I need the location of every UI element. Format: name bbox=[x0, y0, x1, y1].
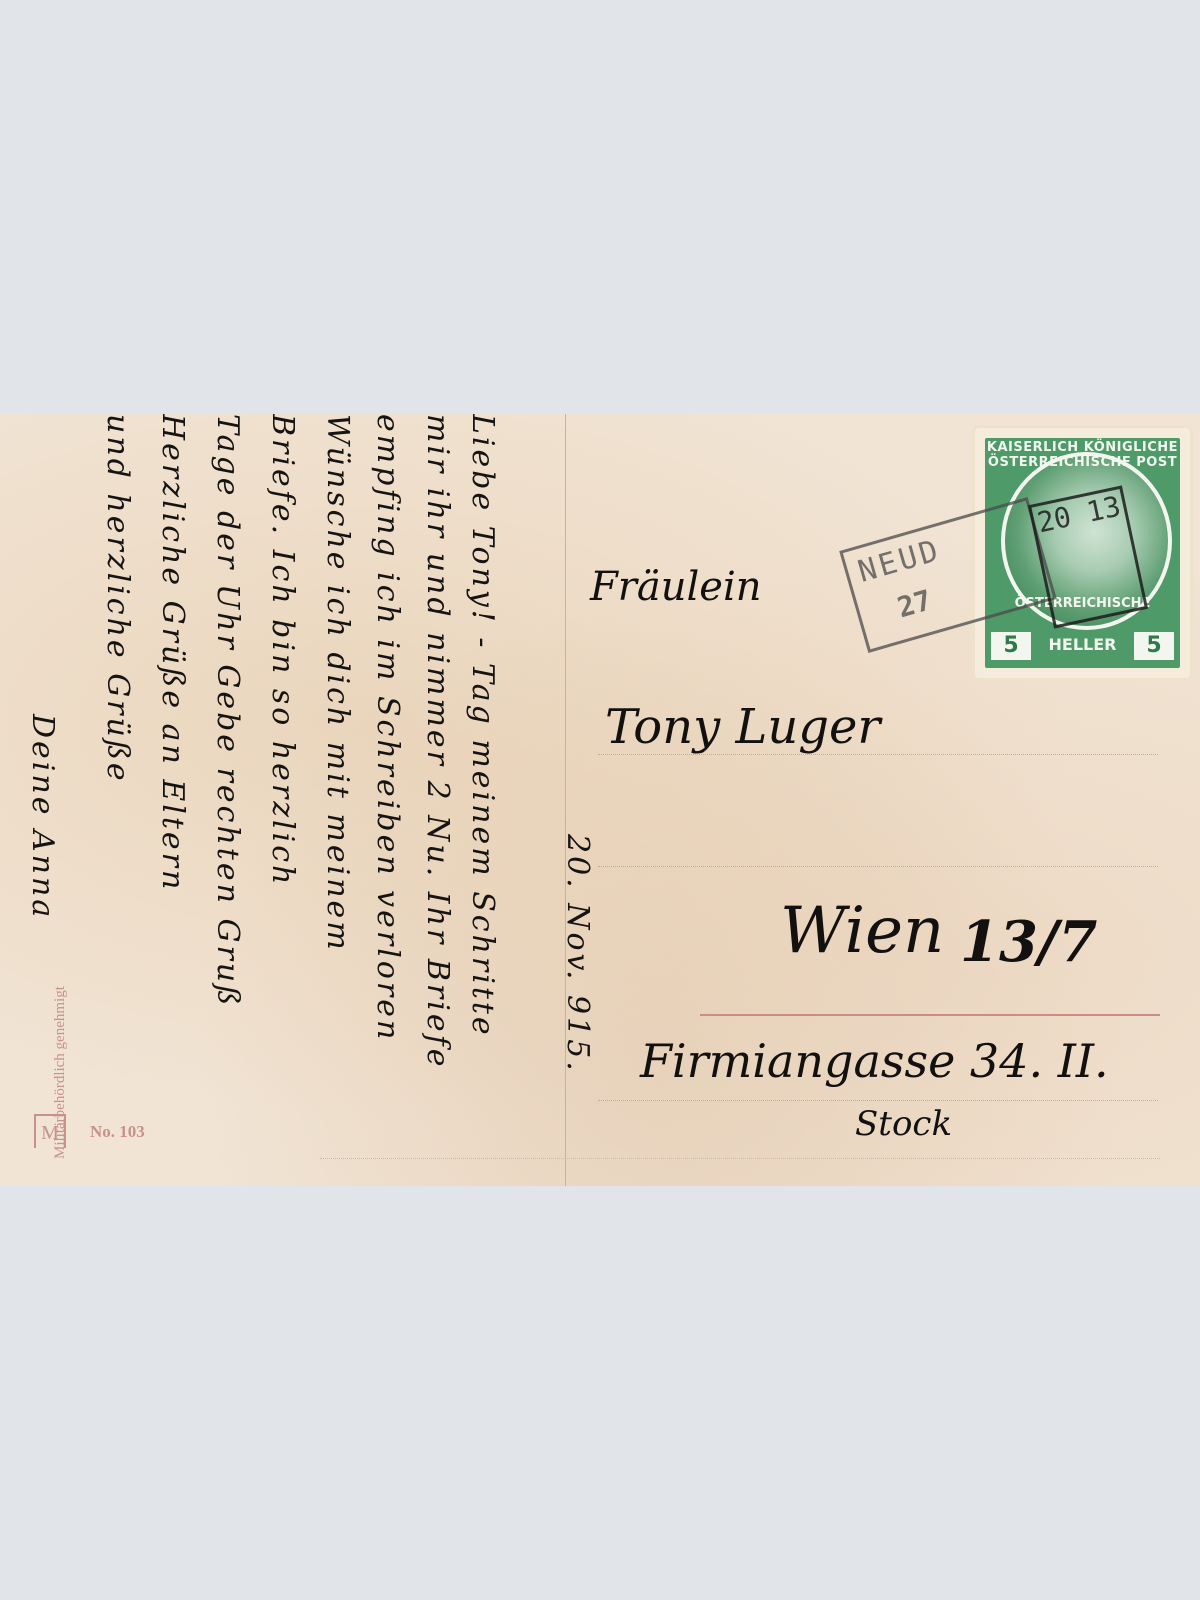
address-city: Wien bbox=[780, 894, 944, 968]
stamp-inscription: KAISERLICH KÖNIGLICHE ÖSTERREICHISCHE PO… bbox=[985, 440, 1180, 470]
message-signature: Deine Anna bbox=[20, 714, 60, 1186]
postcard: Militärbehördlich genehmigt M No. 103 Li… bbox=[0, 414, 1200, 1186]
message-line: Tage der Uhr Gebe rechten Gruß bbox=[205, 414, 245, 1174]
address-line bbox=[598, 866, 1158, 867]
postmark-town: NEUD bbox=[854, 533, 945, 590]
address-underline bbox=[700, 1014, 1160, 1016]
message-line: Briefe. Ich bin so herzlich bbox=[260, 414, 300, 1174]
stamp-value-right: 5 bbox=[1134, 632, 1174, 660]
message-line: empfing ich im Schreiben verloren bbox=[365, 414, 405, 1174]
address-street: Firmiangasse 34. II. bbox=[640, 1034, 1109, 1088]
stamp-value-left: 5 bbox=[991, 632, 1031, 660]
message-line: Herzliche Grüße an Eltern bbox=[150, 414, 190, 1174]
address-name: Tony Luger bbox=[605, 699, 880, 755]
message-line: Wünsche ich dich mit meinem bbox=[315, 414, 355, 1174]
message-line: mir ihr und nimmer 2 Nu. Ihr Briefe bbox=[415, 414, 455, 1174]
address-note: Stock bbox=[855, 1104, 952, 1144]
stamp-currency: HELLER bbox=[1037, 635, 1128, 654]
message-line: Liebe Tony! - Tag meinem Schritte bbox=[460, 414, 500, 1174]
message-line: und herzliche Grüße bbox=[95, 414, 135, 1174]
address-line bbox=[598, 1100, 1158, 1101]
address-salutation: Fräulein bbox=[590, 564, 762, 610]
postmark-date: 27 bbox=[894, 583, 936, 624]
address-district: 13/7 bbox=[960, 909, 1097, 975]
message-date: 20. Nov. 915. bbox=[555, 834, 595, 1154]
bottom-line bbox=[320, 1158, 1160, 1159]
address-line bbox=[598, 754, 1158, 755]
